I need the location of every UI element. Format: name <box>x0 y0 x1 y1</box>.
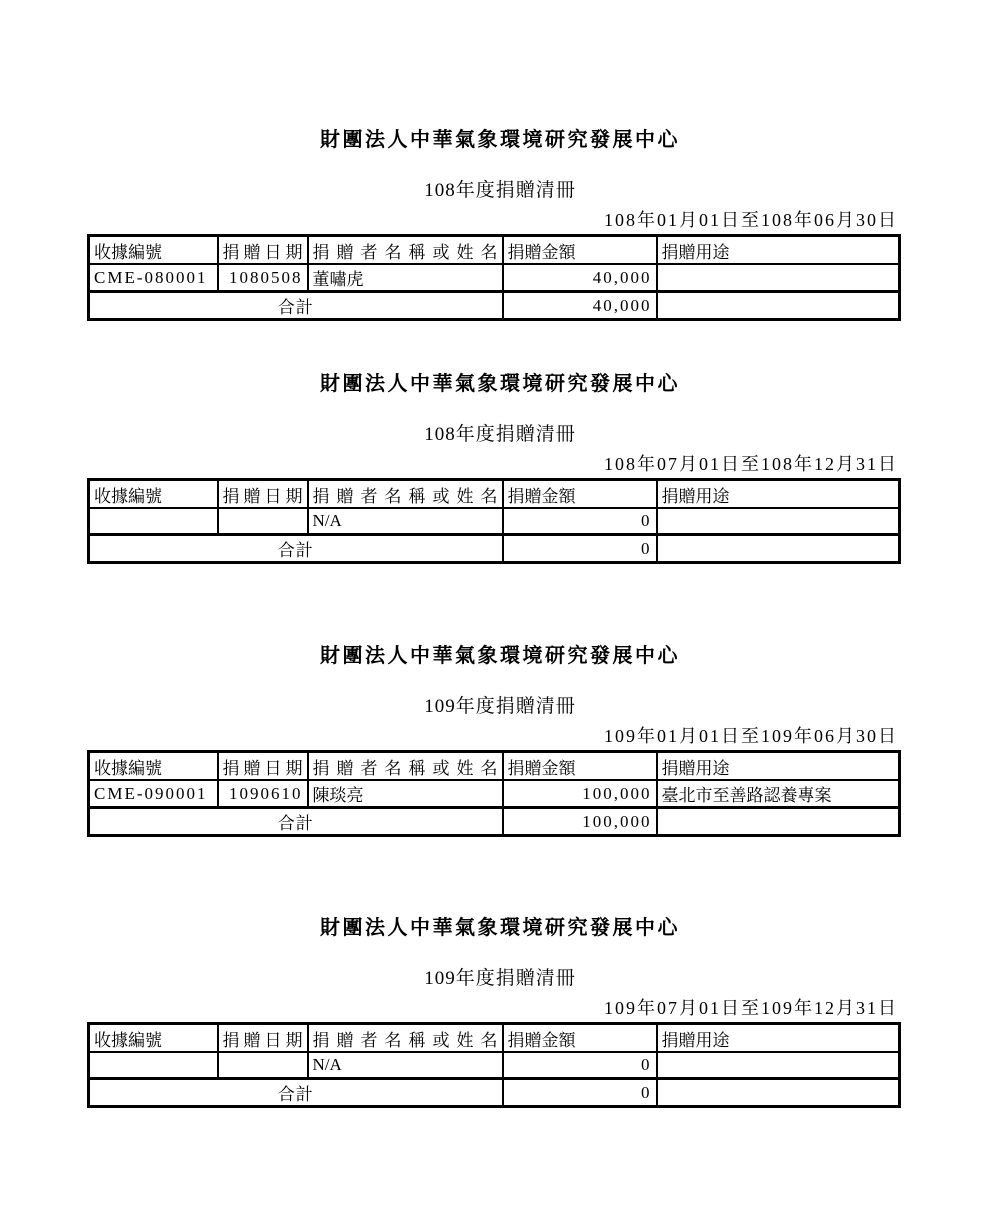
donation-section-4: 財團法人中華氣象環境研究發展中心 109年度捐贈清冊 109年07月01日至10… <box>0 916 1000 1136</box>
table-row: CME-080001 1080508 董嘯虎 40,000 <box>89 264 900 292</box>
cell-purpose <box>657 508 900 535</box>
col-header-amount: 捐贈金額 <box>503 480 657 509</box>
list-title: 109年度捐贈清冊 <box>0 696 1000 718</box>
cell-amount: 0 <box>503 508 657 535</box>
col-header-receipt-no: 收據編號 <box>89 1024 218 1053</box>
list-title: 108年度捐贈清冊 <box>0 180 1000 202</box>
cell-donor-name: N/A <box>308 1052 503 1079</box>
col-header-receipt-no: 收據編號 <box>89 752 218 781</box>
cell-donation-date <box>218 1052 308 1079</box>
donation-section-2: 財團法人中華氣象環境研究發展中心 108年度捐贈清冊 108年07月01日至10… <box>0 372 1000 592</box>
total-label: 合計 <box>89 1079 503 1107</box>
donation-table: 收據編號 捐贈日期 捐贈者名稱或姓名 捐贈金額 捐贈用途 N/A 0 合計 <box>87 478 901 564</box>
total-label: 合計 <box>89 292 503 320</box>
col-header-receipt-no: 收據編號 <box>89 480 218 509</box>
table-row: N/A 0 <box>89 508 900 535</box>
total-row: 合計 0 <box>89 1079 900 1107</box>
col-header-donor-name: 捐贈者名稱或姓名 <box>308 752 503 781</box>
cell-donor-name: 董嘯虎 <box>308 264 503 292</box>
cell-receipt-no: CME-080001 <box>89 264 218 292</box>
total-amount: 0 <box>503 1079 657 1107</box>
total-amount: 40,000 <box>503 292 657 320</box>
col-header-donation-date: 捐贈日期 <box>218 752 308 781</box>
total-amount: 100,000 <box>503 808 657 836</box>
total-label: 合計 <box>89 535 503 563</box>
total-row: 合計 40,000 <box>89 292 900 320</box>
period-range: 109年07月01日至109年12月31日 <box>0 997 898 1019</box>
col-header-purpose: 捐贈用途 <box>657 236 900 265</box>
document-page: 財團法人中華氣象環境研究發展中心 108年度捐贈清冊 108年01月01日至10… <box>0 0 1000 1217</box>
donation-table: 收據編號 捐贈日期 捐贈者名稱或姓名 捐贈金額 捐贈用途 CME-080001 … <box>87 234 901 321</box>
col-header-donor-name: 捐贈者名稱或姓名 <box>308 480 503 509</box>
list-title: 109年度捐贈清冊 <box>0 968 1000 990</box>
total-purpose-cell <box>657 808 900 836</box>
donation-section-1: 財團法人中華氣象環境研究發展中心 108年度捐贈清冊 108年01月01日至10… <box>0 128 1000 348</box>
col-header-donation-date: 捐贈日期 <box>218 480 308 509</box>
cell-purpose: 臺北市至善路認養專案 <box>657 780 900 808</box>
total-row: 合計 0 <box>89 535 900 563</box>
col-header-purpose: 捐贈用途 <box>657 480 900 509</box>
col-header-purpose: 捐贈用途 <box>657 1024 900 1053</box>
total-purpose-cell <box>657 1079 900 1107</box>
org-title: 財團法人中華氣象環境研究發展中心 <box>0 372 1000 396</box>
cell-receipt-no <box>89 508 218 535</box>
org-title: 財團法人中華氣象環境研究發展中心 <box>0 916 1000 940</box>
org-title: 財團法人中華氣象環境研究發展中心 <box>0 644 1000 668</box>
cell-amount: 40,000 <box>503 264 657 292</box>
donation-section-3: 財團法人中華氣象環境研究發展中心 109年度捐贈清冊 109年01月01日至10… <box>0 644 1000 864</box>
cell-donation-date: 1090610 <box>218 780 308 808</box>
cell-amount: 0 <box>503 1052 657 1079</box>
cell-receipt-no: CME-090001 <box>89 780 218 808</box>
table-row: N/A 0 <box>89 1052 900 1079</box>
total-amount: 0 <box>503 535 657 563</box>
cell-receipt-no <box>89 1052 218 1079</box>
cell-purpose <box>657 264 900 292</box>
col-header-donation-date: 捐贈日期 <box>218 1024 308 1053</box>
period-range: 109年01月01日至109年06月30日 <box>0 725 898 747</box>
col-header-donor-name: 捐贈者名稱或姓名 <box>308 1024 503 1053</box>
col-header-receipt-no: 收據編號 <box>89 236 218 265</box>
total-label: 合計 <box>89 808 503 836</box>
cell-donation-date: 1080508 <box>218 264 308 292</box>
cell-donor-name: 陳琰亮 <box>308 780 503 808</box>
col-header-purpose: 捐贈用途 <box>657 752 900 781</box>
header-row: 收據編號 捐贈日期 捐贈者名稱或姓名 捐贈金額 捐贈用途 <box>89 1024 900 1053</box>
table-row: CME-090001 1090610 陳琰亮 100,000 臺北市至善路認養專… <box>89 780 900 808</box>
period-range: 108年01月01日至108年06月30日 <box>0 209 898 231</box>
col-header-donation-date: 捐贈日期 <box>218 236 308 265</box>
col-header-amount: 捐贈金額 <box>503 236 657 265</box>
cell-amount: 100,000 <box>503 780 657 808</box>
period-range: 108年07月01日至108年12月31日 <box>0 453 898 475</box>
col-header-donor-name: 捐贈者名稱或姓名 <box>308 236 503 265</box>
donation-table: 收據編號 捐贈日期 捐贈者名稱或姓名 捐贈金額 捐贈用途 CME-090001 … <box>87 750 901 837</box>
total-purpose-cell <box>657 292 900 320</box>
total-row: 合計 100,000 <box>89 808 900 836</box>
list-title: 108年度捐贈清冊 <box>0 424 1000 446</box>
cell-purpose <box>657 1052 900 1079</box>
col-header-amount: 捐贈金額 <box>503 1024 657 1053</box>
donation-table: 收據編號 捐贈日期 捐贈者名稱或姓名 捐贈金額 捐贈用途 N/A 0 合計 <box>87 1022 901 1108</box>
org-title: 財團法人中華氣象環境研究發展中心 <box>0 128 1000 152</box>
header-row: 收據編號 捐贈日期 捐贈者名稱或姓名 捐贈金額 捐贈用途 <box>89 480 900 509</box>
cell-donor-name: N/A <box>308 508 503 535</box>
total-purpose-cell <box>657 535 900 563</box>
header-row: 收據編號 捐贈日期 捐贈者名稱或姓名 捐贈金額 捐贈用途 <box>89 752 900 781</box>
header-row: 收據編號 捐贈日期 捐贈者名稱或姓名 捐贈金額 捐贈用途 <box>89 236 900 265</box>
cell-donation-date <box>218 508 308 535</box>
col-header-amount: 捐贈金額 <box>503 752 657 781</box>
